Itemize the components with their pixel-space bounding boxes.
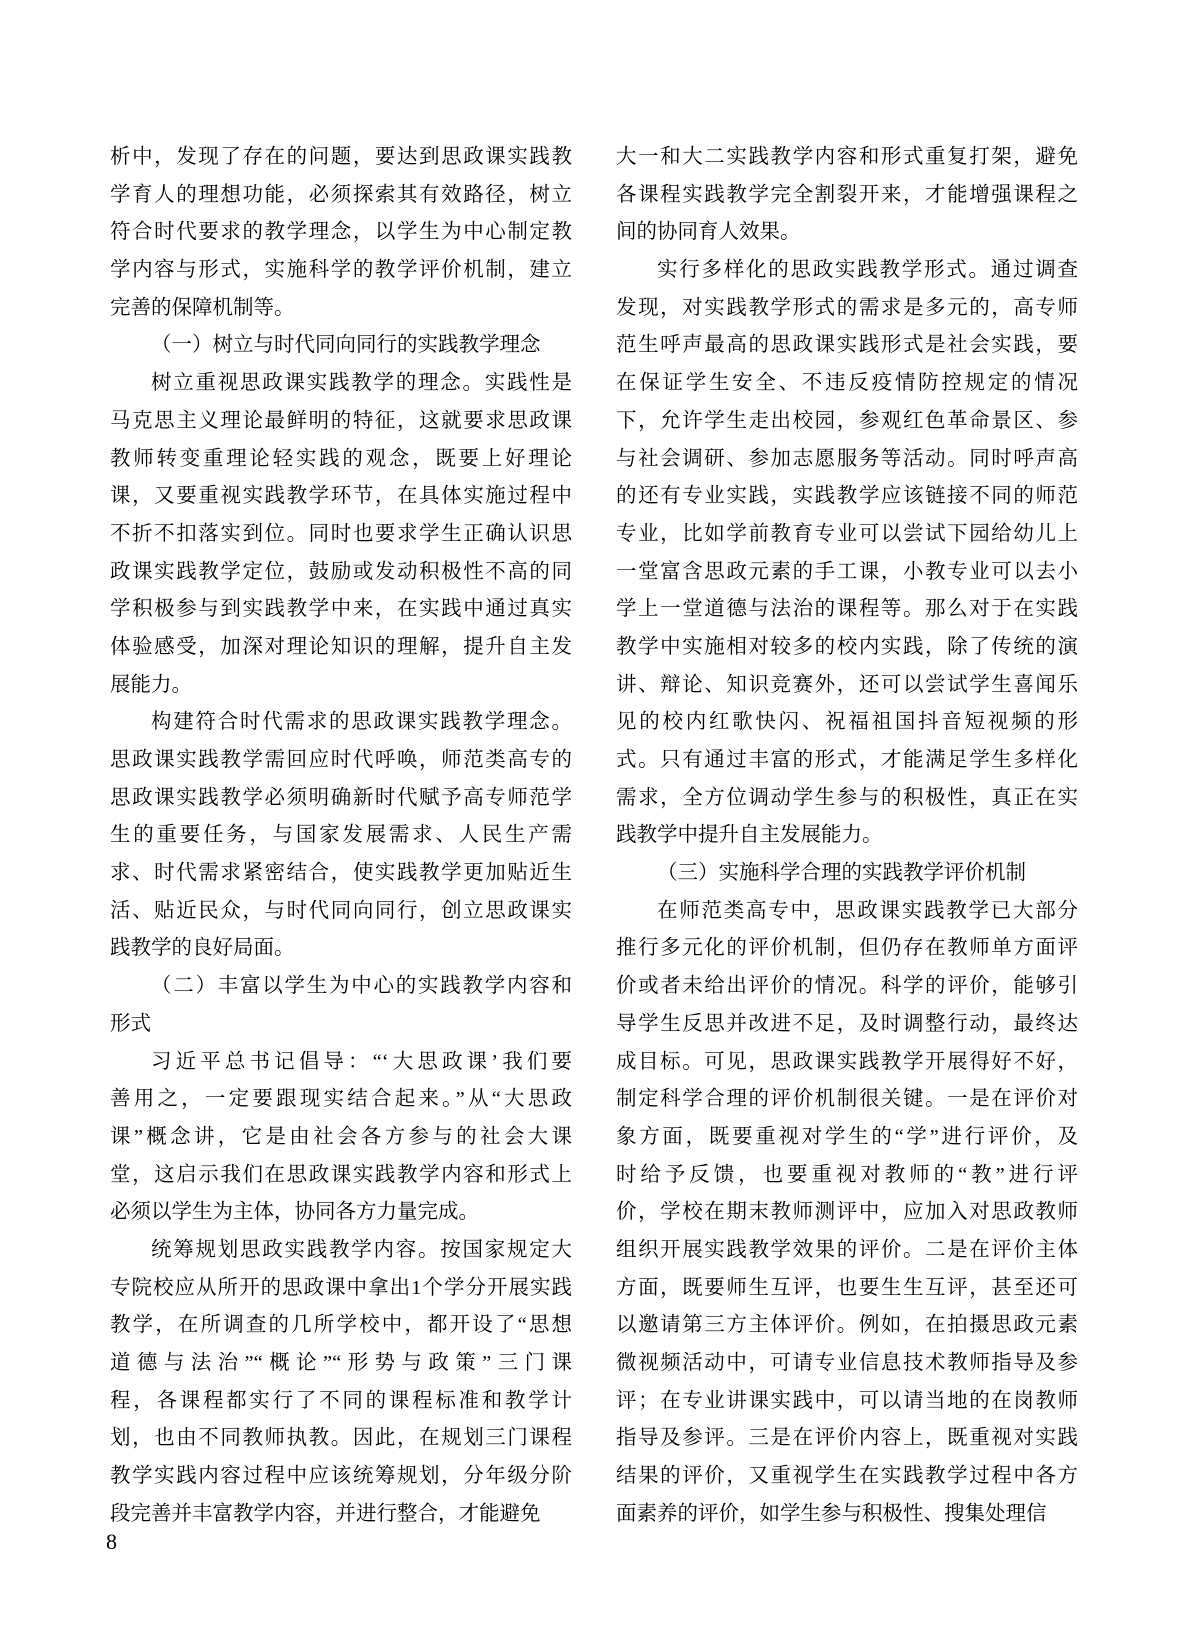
text-line: 结果的评价，又重视学生在实践教学过程中各方	[616, 1458, 1078, 1496]
text-line: （二）丰富以学生为中心的实践教学内容和	[110, 968, 572, 1006]
text-line: 善用之，一定要跟现实结合起来。”从“大思政	[110, 1081, 572, 1119]
text-line: 成目标。可见，思政课实践教学开展得好不好，	[616, 1044, 1078, 1082]
text-line: 堂，这启示我们在思政课实践教学内容和形式上	[110, 1157, 572, 1195]
text-line: 见的校内红歌快闪、祝福祖国抖音短视频的形	[616, 704, 1078, 742]
page-number: 8	[106, 1528, 117, 1556]
text-line: 不折不扣落实到位。同时也要求学生正确认识思	[110, 516, 572, 554]
text-line: 课”概念讲，它是由社会各方参与的社会大课	[110, 1119, 572, 1157]
text-line: 各课程实践教学完全割裂开来，才能增强课程之	[616, 177, 1078, 215]
text-line: 组织开展实践教学效果的评价。二是在评价主体	[616, 1232, 1078, 1270]
text-line: 学上一堂道德与法治的课程等。那么对于在实践	[616, 591, 1078, 629]
text-line: 下，允许学生走出校园，参观红色革命景区、参	[616, 403, 1078, 441]
text-line: 与社会调研、参加志愿服务等活动。同时呼声高	[616, 441, 1078, 479]
text-line: 教学中实施相对较多的校内实践，除了传统的演	[616, 629, 1078, 667]
text-line: 树立重视思政课实践教学的理念。实践性是	[110, 365, 572, 403]
text-line: 时给予反馈，也要重视对教师的“教”进行评	[616, 1157, 1078, 1195]
text-line: 析中，发现了存在的问题，要达到思政课实践教	[110, 139, 572, 177]
text-line: 课，又要重视实践教学环节，在具体实施过程中	[110, 478, 572, 516]
text-line: 价或者未给出评价的情况。科学的评价，能够引	[616, 968, 1078, 1006]
text-line: 发现，对实践教学形式的需求是多元的，高专师	[616, 290, 1078, 328]
text-line: （三）实施科学合理的实践教学评价机制	[616, 855, 1078, 893]
text-line: 道德与法治”“概论”“形势与政策”三门课	[110, 1345, 572, 1383]
text-line: 学积极参与到实践教学中来，在实践中通过真实	[110, 591, 572, 629]
text-line: 在师范类高专中，思政课实践教学已大部分	[616, 893, 1078, 931]
text-line: 求、时代需求紧密结合，使实践教学更加贴近生	[110, 855, 572, 893]
text-line: 构建符合时代需求的思政课实践教学理念。	[110, 704, 572, 742]
text-line: 思政课实践教学必须明确新时代赋予高专师范学	[110, 780, 572, 818]
text-line: 方面，既要师生互评，也要生生互评，甚至还可	[616, 1270, 1078, 1308]
text-line: 践教学中提升自主发展能力。	[616, 817, 1078, 855]
text-line: 的还有专业实践，实践教学应该链接不同的师范	[616, 478, 1078, 516]
text-line: （一）树立与时代同向同行的实践教学理念	[110, 327, 572, 365]
text-line: 实行多样化的思政实践教学形式。通过调查	[616, 252, 1078, 290]
document-page: 析中，发现了存在的问题，要达到思政课实践教学育人的理想功能，必须探索其有效路径，…	[0, 0, 1191, 1650]
text-line: 以邀请第三方主体评价。例如，在拍摄思政元素	[616, 1307, 1078, 1345]
text-line: 践教学的良好局面。	[110, 930, 572, 968]
text-line: 教师转变重理论轻实践的观念，既要上好理论	[110, 441, 572, 479]
text-line: 马克思主义理论最鲜明的特征，这就要求思政课	[110, 403, 572, 441]
text-line: 一堂富含思政元素的手工课，小教专业可以去小	[616, 554, 1078, 592]
text-line: 必须以学生为主体，协同各方力量完成。	[110, 1194, 572, 1232]
text-line: 专院校应从所开的思政课中拿出1个学分开展实践	[110, 1270, 572, 1308]
text-line: 在保证学生安全、不违反疫情防控规定的情况	[616, 365, 1078, 403]
text-line: 统筹规划思政实践教学内容。按国家规定大	[110, 1232, 572, 1270]
text-line: 学内容与形式，实施科学的教学评价机制，建立	[110, 252, 572, 290]
text-line: 象方面，既要重视对学生的“学”进行评价，及	[616, 1119, 1078, 1157]
text-line: 符合时代要求的教学理念，以学生为中心制定教	[110, 214, 572, 252]
text-line: 教学，在所调查的几所学校中，都开设了“思想	[110, 1307, 572, 1345]
text-line: 制定科学合理的评价机制很关键。一是在评价对	[616, 1081, 1078, 1119]
text-line: 形式	[110, 1006, 572, 1044]
text-line: 程，各课程都实行了不同的课程标准和教学计	[110, 1383, 572, 1421]
text-line: 推行多元化的评价机制，但仍存在教师单方面评	[616, 930, 1078, 968]
text-line: 教学实践内容过程中应该统筹规划，分年级分阶	[110, 1458, 572, 1496]
text-line: 需求，全方位调动学生参与的积极性，真正在实	[616, 780, 1078, 818]
text-line: 生的重要任务，与国家发展需求、人民生产需	[110, 817, 572, 855]
text-line: 范生呼声最高的思政课实践形式是社会实践，要	[616, 327, 1078, 365]
text-line: 评；在专业讲课实践中，可以请当地的在岗教师	[616, 1383, 1078, 1421]
text-line: 价，学校在期末教师测评中，应加入对思政教师	[616, 1194, 1078, 1232]
text-line: 讲、辩论、知识竞赛外，还可以尝试学生喜闻乐	[616, 667, 1078, 705]
text-line: 导学生反思并改进不足，及时调整行动，最终达	[616, 1006, 1078, 1044]
text-line: 划，也由不同教师执教。因此，在规划三门课程	[110, 1420, 572, 1458]
text-line: 政课实践教学定位，鼓励或发动积极性不高的同	[110, 554, 572, 592]
text-line: 活、贴近民众，与时代同向同行，创立思政课实	[110, 893, 572, 931]
text-line: 展能力。	[110, 667, 572, 705]
text-line: 完善的保障机制等。	[110, 290, 572, 328]
left-text-column: 析中，发现了存在的问题，要达到思政课实践教学育人的理想功能，必须探索其有效路径，…	[110, 139, 572, 1533]
text-line: 思政课实践教学需回应时代呼唤，师范类高专的	[110, 742, 572, 780]
text-line: 学育人的理想功能，必须探索其有效路径，树立	[110, 177, 572, 215]
text-line: 指导及参评。三是在评价内容上，既重视对实践	[616, 1420, 1078, 1458]
text-line: 间的协同育人效果。	[616, 214, 1078, 252]
text-line: 段完善并丰富教学内容，并进行整合，才能避免	[110, 1496, 572, 1534]
text-line: 专业，比如学前教育专业可以尝试下园给幼儿上	[616, 516, 1078, 554]
right-text-column: 大一和大二实践教学内容和形式重复打架，避免各课程实践教学完全割裂开来，才能增强课…	[616, 139, 1078, 1533]
text-line: 式。只有通过丰富的形式，才能满足学生多样化	[616, 742, 1078, 780]
text-line: 习近平总书记倡导：“‘大思政课’我们要	[110, 1044, 572, 1082]
text-line: 微视频活动中，可请专业信息技术教师指导及参	[616, 1345, 1078, 1383]
text-line: 大一和大二实践教学内容和形式重复打架，避免	[616, 139, 1078, 177]
text-line: 面素养的评价，如学生参与积极性、搜集处理信	[616, 1496, 1078, 1534]
text-line: 体验感受，加深对理论知识的理解，提升自主发	[110, 629, 572, 667]
